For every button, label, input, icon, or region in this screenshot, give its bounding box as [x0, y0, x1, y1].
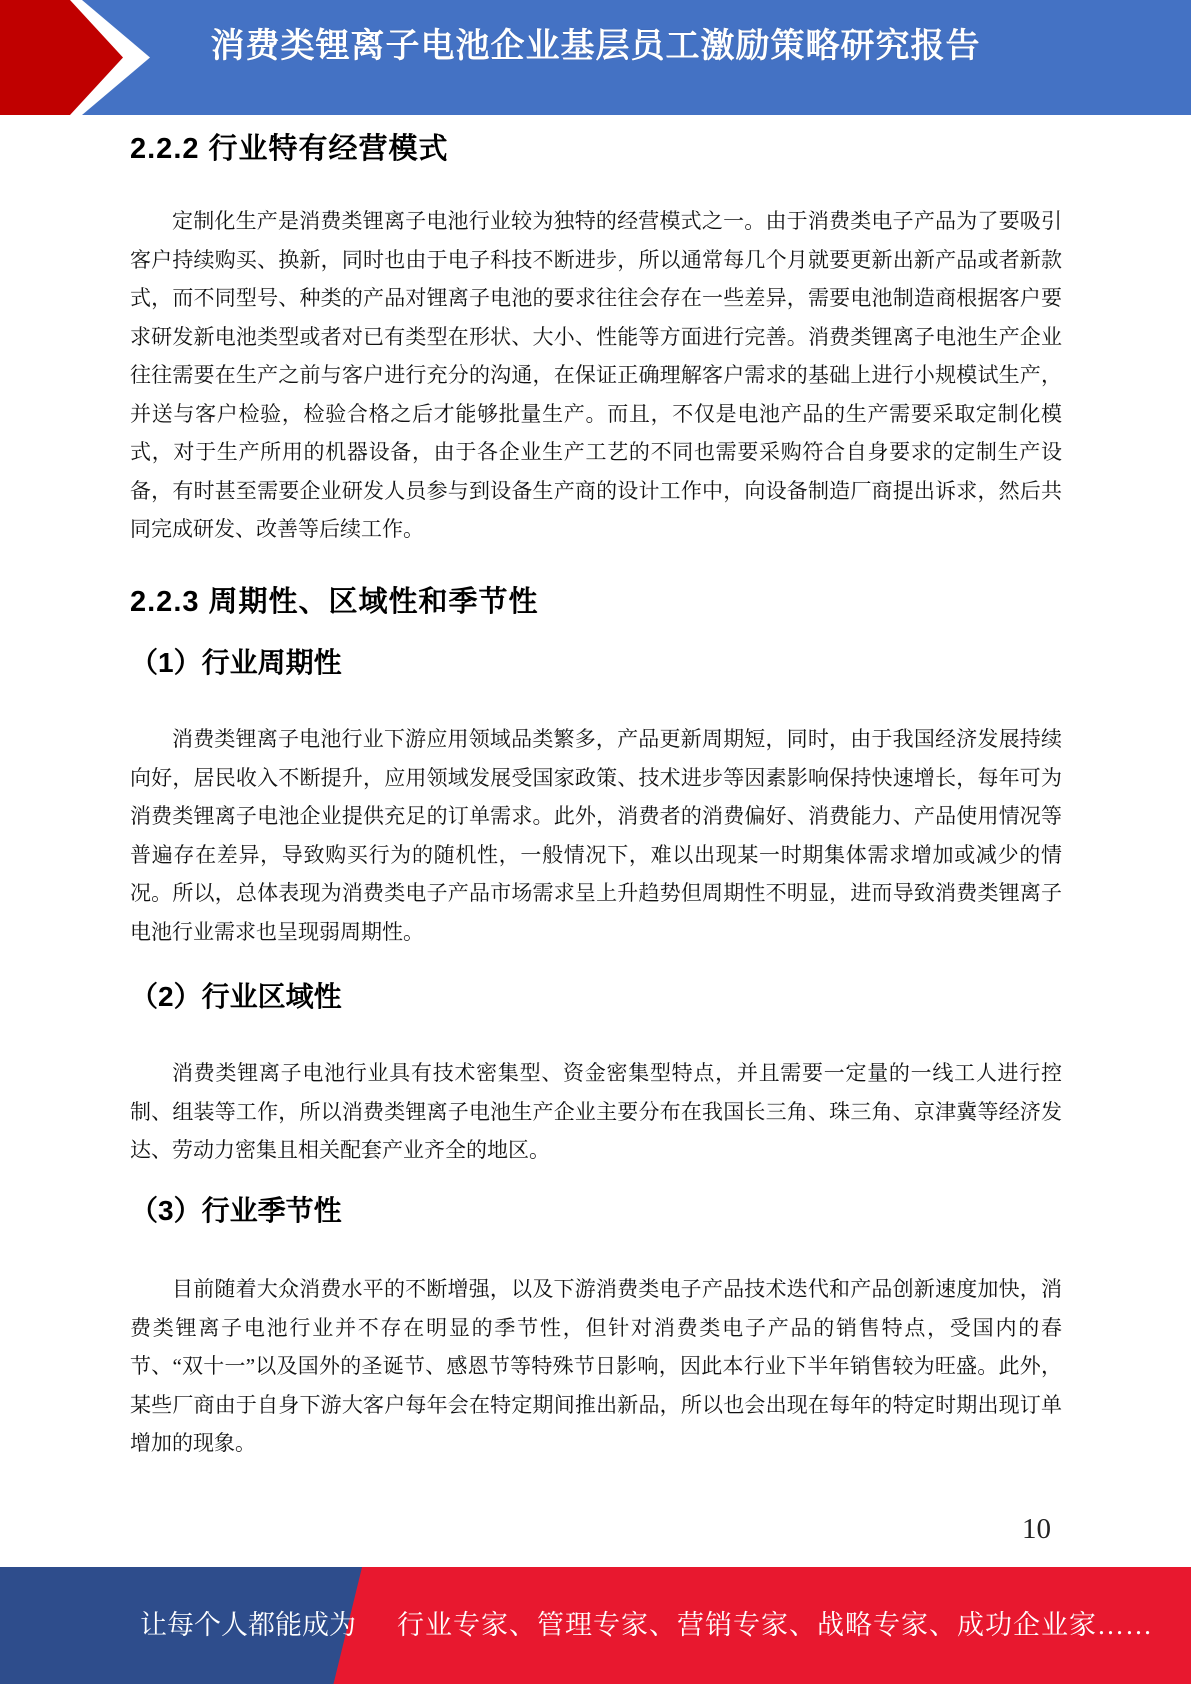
subheading-seasonality: （3）行业季节性	[130, 1193, 342, 1229]
subheading-regionality: （2）行业区域性	[130, 979, 342, 1015]
heading-2-2-3: 2.2.3 周期性、区域性和季节性	[130, 584, 539, 620]
footer-slogan-right: 行业专家、管理专家、营销专家、战略专家、成功企业家……	[397, 1609, 1153, 1642]
report-title: 消费类锂离子电池企业基层员工激励策略研究报告	[0, 26, 1191, 66]
paragraph-business-model: 定制化生产是消费类锂离子电池行业较为独特的经营模式之一。由于消费类电子产品为了要…	[130, 202, 1062, 549]
heading-2-2-2: 2.2.2 行业特有经营模式	[130, 131, 449, 167]
footer-slogan-left: 让每个人都能成为	[140, 1609, 356, 1642]
subheading-cyclicality: （1）行业周期性	[130, 645, 342, 681]
paragraph-cyclicality: 消费类锂离子电池行业下游应用领域品类繁多，产品更新周期短，同时，由于我国经济发展…	[130, 720, 1062, 951]
report-page: 消费类锂离子电池企业基层员工激励策略研究报告 2.2.2 行业特有经营模式 定制…	[0, 0, 1191, 1684]
page-number: 10	[1022, 1512, 1051, 1546]
page-footer: 让每个人都能成为 行业专家、管理专家、营销专家、战略专家、成功企业家……	[0, 1567, 1191, 1684]
page-header: 消费类锂离子电池企业基层员工激励策略研究报告	[0, 0, 1191, 115]
paragraph-seasonality: 目前随着大众消费水平的不断增强，以及下游消费类电子产品技术迭代和产品创新速度加快…	[130, 1270, 1062, 1463]
paragraph-regionality: 消费类锂离子电池行业具有技术密集型、资金密集型特点，并且需要一定量的一线工人进行…	[130, 1054, 1062, 1170]
